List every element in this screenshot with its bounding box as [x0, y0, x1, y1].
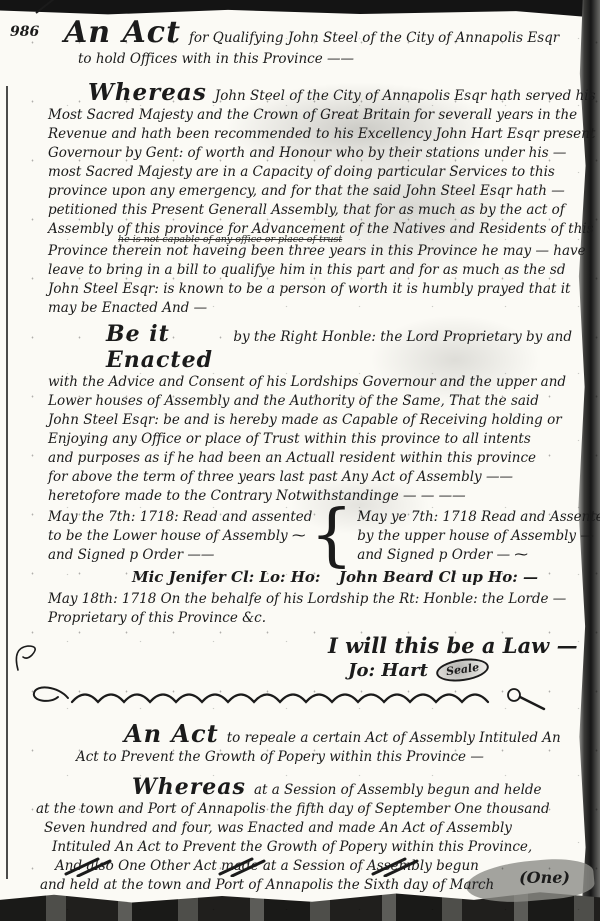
- act2-heading-bigword: An Act: [124, 719, 219, 748]
- clerk-signatures: Mic Jenifer Cl: Lo: Ho: John Beard Cl up…: [48, 568, 572, 586]
- text-line: May ye 7th: 1718 Read and Assented to: [357, 508, 600, 527]
- text-line: by the Right Honble: the Lord Proprietar…: [233, 328, 572, 347]
- assent-record: May the 7th: 1718: Read and assented to …: [48, 508, 572, 565]
- text-line: Most Sacred Majesty and the Crown of Gre…: [48, 106, 572, 125]
- slash-marks-icon: [58, 855, 124, 881]
- margin-mark-icon: [12, 640, 38, 678]
- text-line: for above the term of three years last p…: [48, 468, 572, 487]
- governor-signature: Jo: Hart: [348, 660, 428, 681]
- clerk-signature-upper: John Beard Cl up Ho: —: [339, 568, 538, 586]
- text-line: may be Enacted And —: [48, 299, 572, 318]
- assent-lower-house: May the 7th: 1718: Read and assented to …: [48, 508, 310, 565]
- text-line: and purposes as if he had been an Actual…: [48, 449, 572, 468]
- text-line: Enjoying any Office or place of Trust wi…: [48, 430, 572, 449]
- act2-heading-rest: to repeale a certain Act of Assembly Int…: [227, 729, 561, 748]
- clerk-signature-lower: Mic Jenifer Cl: Lo: Ho:: [132, 568, 320, 586]
- act2-heading-line2: Act to Prevent the Growth of Popery with…: [76, 748, 572, 767]
- text-line: to be the Lower house of Assembly ⁓: [48, 527, 310, 546]
- text-line: leave to bring in a bill to qualifye him…: [48, 261, 572, 280]
- slash-marks-icon: [365, 855, 431, 881]
- act1-enacting-clause: Be it Enacted by the Right Honble: the L…: [106, 321, 572, 373]
- text-line: Revenue and hath been recommended to his…: [48, 125, 572, 144]
- text-line: John Steel Esqr: be and is hereby made a…: [48, 411, 572, 430]
- text-line: by the upper house of Assembly —: [357, 527, 600, 546]
- manuscript-page: 986 An Act for Qualifying John Steel of …: [0, 0, 600, 921]
- text-line: with the Advice and Consent of his Lords…: [48, 373, 572, 392]
- text-line: Province therein not haveing been three …: [48, 242, 572, 261]
- text-line: at the town and Port of Annapolis the fi…: [36, 800, 572, 819]
- slash-marks-icon: [212, 855, 278, 881]
- act1-whereas-opening: Whereas John Steel of the City of Annapo…: [88, 79, 572, 106]
- act1-heading-bigword: An Act: [64, 16, 181, 50]
- text-line: most Sacred Majesty are in a Capacity of…: [48, 163, 572, 182]
- act1-heading-rest: for Qualifying John Steel of the City of…: [189, 29, 559, 48]
- text-line: Governour by Gent: of worth and Honour w…: [48, 144, 572, 163]
- text-line: and Signed p Order — ⁓: [357, 546, 600, 565]
- page-footer: (One): [58, 855, 570, 881]
- text-line: May the 7th: 1718: Read and assented: [48, 508, 310, 527]
- act2-heading: An Act to repeale a certain Act of Assem…: [124, 719, 572, 748]
- act1-enacted-bigword: Be it Enacted: [106, 321, 225, 373]
- page-number: 986: [10, 24, 39, 40]
- act1-heading-line2: to hold Offices with in this Province ——: [78, 50, 572, 69]
- governor-signature-row: Jo: Hart Seale: [348, 659, 572, 681]
- text-line: province upon any emergency, and for tha…: [48, 182, 572, 201]
- act2-whereas-bigword: Whereas: [132, 774, 246, 800]
- wax-seal: Seale: [435, 655, 491, 684]
- section-divider-flourish: [28, 685, 572, 711]
- left-margin-rule: [6, 86, 8, 879]
- text-line: John Steel of the City of Annapolis Esqr…: [215, 87, 596, 106]
- act1-whereas-bigword: Whereas: [88, 79, 207, 106]
- text-line: Lower houses of Assembly and the Authori…: [48, 392, 572, 411]
- text-line: petitioned this Present Generall Assembl…: [48, 201, 572, 220]
- text-line: Proprietary of this Province &c.: [48, 609, 572, 628]
- governor-assent-declaration: I will this be a Law —: [328, 633, 572, 658]
- assent-upper-house: May ye 7th: 1718 Read and Assented to by…: [357, 508, 600, 565]
- act2-whereas-opening: Whereas at a Session of Assembly begun a…: [132, 774, 572, 800]
- act1-heading: An Act for Qualifying John Steel of the …: [64, 16, 572, 50]
- brace-glyph: {: [310, 508, 353, 564]
- page-content: An Act for Qualifying John Steel of the …: [48, 16, 572, 895]
- text-line: May 18th: 1718 On the behalfe of his Lor…: [48, 590, 572, 609]
- text-line: and Signed p Order ——: [48, 546, 310, 565]
- catchword: (One): [519, 868, 570, 887]
- text-line: at a Session of Assembly begun and helde: [254, 781, 542, 800]
- text-line: Seven hundred and four, was Enacted and …: [44, 819, 572, 838]
- text-line: John Steel Esqr: is known to be a person…: [48, 280, 572, 299]
